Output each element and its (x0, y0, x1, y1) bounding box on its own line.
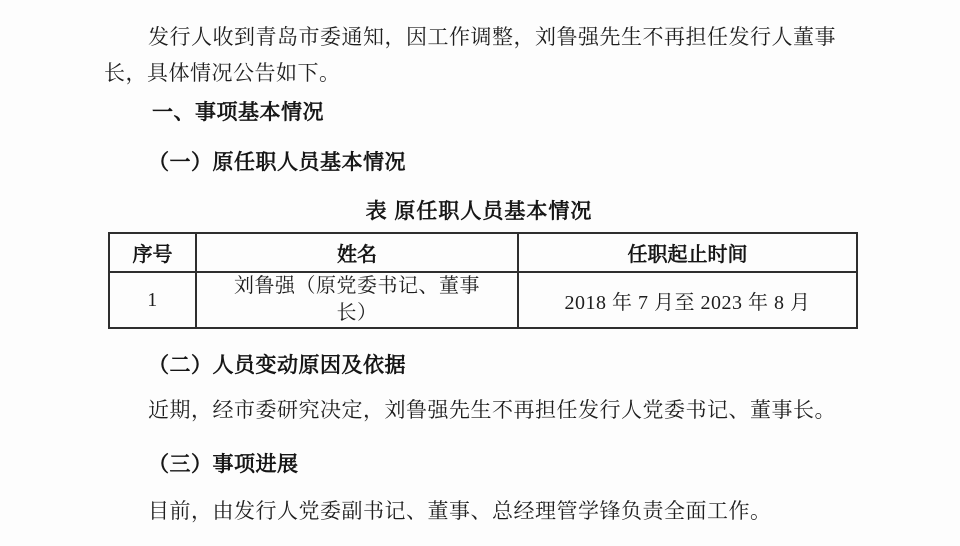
table-cell-name: 刘鲁强（原党委书记、董事长） (196, 272, 518, 328)
subsection-heading-change-reason: （二）人员变动原因及依据 (148, 353, 406, 378)
table-cell-no: 1 (109, 272, 196, 328)
table-header-name: 姓名 (196, 233, 518, 272)
change-reason-paragraph: 近期，经市委研究决定，刘鲁强先生不再担任发行人党委书记、董事长。 (104, 398, 860, 423)
table-header-tenure: 任职起止时间 (518, 233, 857, 272)
table-row: 1 刘鲁强（原党委书记、董事长） 2018 年 7 月至 2023 年 8 月 (109, 272, 857, 328)
subsection-heading-progress: （三）事项进展 (148, 452, 299, 477)
progress-paragraph: 目前，由发行人党委副书记、董事、总经理管学锋负责全面工作。 (104, 499, 860, 524)
table-title: 表 原任职人员基本情况 (108, 199, 850, 224)
table-cell-tenure: 2018 年 7 月至 2023 年 8 月 (518, 272, 857, 328)
subsection-heading-former-personnel: （一）原任职人员基本情况 (148, 150, 406, 175)
table-header-row: 序号 姓名 任职起止时间 (109, 233, 857, 272)
intro-paragraph: 发行人收到青岛市委通知，因工作调整，刘鲁强先生不再担任发行人董事长，具体情况公告… (104, 19, 860, 91)
table-cell-name-text: 刘鲁强（原党委书记、董事长） (228, 273, 486, 327)
table-header-no: 序号 (109, 233, 196, 272)
section-heading-basic-situation: 一、事项基本情况 (152, 100, 324, 125)
announcement-document-page: 发行人收到青岛市委通知，因工作调整，刘鲁强先生不再担任发行人董事长，具体情况公告… (0, 0, 960, 546)
former-personnel-table: 序号 姓名 任职起止时间 1 刘鲁强（原党委书记、董事长） 2018 年 7 月… (108, 232, 858, 329)
